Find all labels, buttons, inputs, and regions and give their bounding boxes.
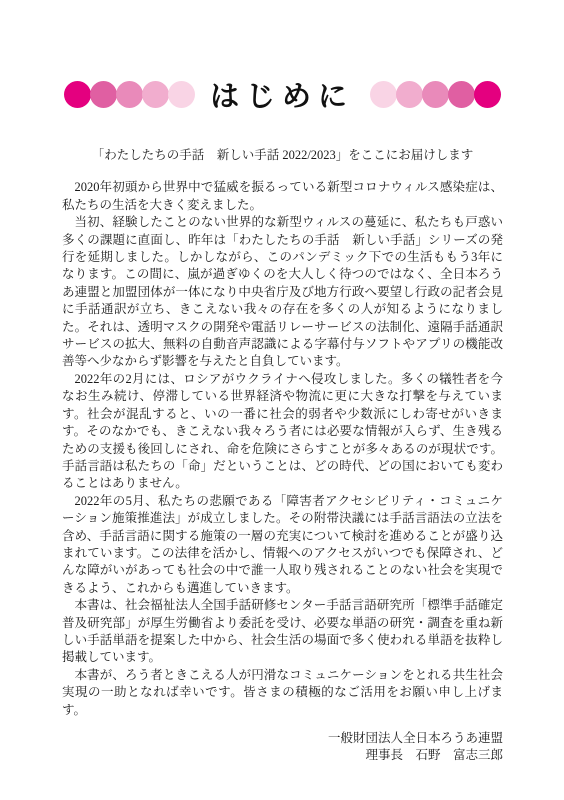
signature-block: 一般財団法人全日本ろうあ連盟 理事長 石野 富志三郎 bbox=[62, 730, 503, 765]
paragraph-ukraine: 2022年の2月には、ロシアがウクライナへ侵攻しました。多くの犠牲者を今なお生み… bbox=[62, 371, 503, 493]
pink-dot-icon bbox=[422, 81, 449, 108]
pink-dot-icon bbox=[142, 81, 169, 108]
page-header: はじめに bbox=[64, 74, 500, 115]
intro-line: 「わたしたちの手話 新しい手話 2022/2023」をここにお届けします bbox=[62, 147, 503, 164]
pink-dot-icon bbox=[64, 81, 91, 108]
pink-dot-icon bbox=[90, 81, 117, 108]
preface-content: 「わたしたちの手話 新しい手話 2022/2023」をここにお届けします 202… bbox=[62, 147, 503, 765]
left-dots-decoration bbox=[64, 81, 194, 108]
signature-name: 理事長 石野 富志三郎 bbox=[62, 747, 503, 764]
paragraph-accessibility-law: 2022年の5月、私たちの悲願である「障害者アクセシビリティ・コミュニケーション… bbox=[62, 493, 503, 597]
paragraph-about-book: 本書は、社会福祉法人全国手話研修センター手話言語研究所「標準手話確定普及研究部」… bbox=[62, 597, 503, 667]
pink-dot-icon bbox=[448, 81, 475, 108]
signature-organization: 一般財団法人全日本ろうあ連盟 bbox=[62, 730, 503, 747]
paragraph-covid: 2020年初頭から世界中で猛威を振るっている新型コロナウィルス感染症は、私たちの… bbox=[62, 179, 503, 214]
paragraph-closing: 本書が、ろう者ときこえる人が円滑なコミュニケーションをとれる共生社会実現の一助と… bbox=[62, 667, 503, 719]
pink-dot-icon bbox=[474, 81, 501, 108]
paragraph-pandemic-response: 当初、経験したことのない世界的な新型ウィルスの蔓延に、私たちも戸惑い多くの課題に… bbox=[62, 214, 503, 371]
pink-dot-icon bbox=[396, 81, 423, 108]
pink-dot-icon bbox=[370, 81, 397, 108]
page-title: はじめに bbox=[210, 74, 354, 115]
pink-dot-icon bbox=[168, 81, 195, 108]
preface-page: はじめに 「わたしたちの手話 新しい手話 2022/2023」をここにお届けしま… bbox=[0, 0, 564, 800]
pink-dot-icon bbox=[116, 81, 143, 108]
right-dots-decoration bbox=[370, 81, 500, 108]
